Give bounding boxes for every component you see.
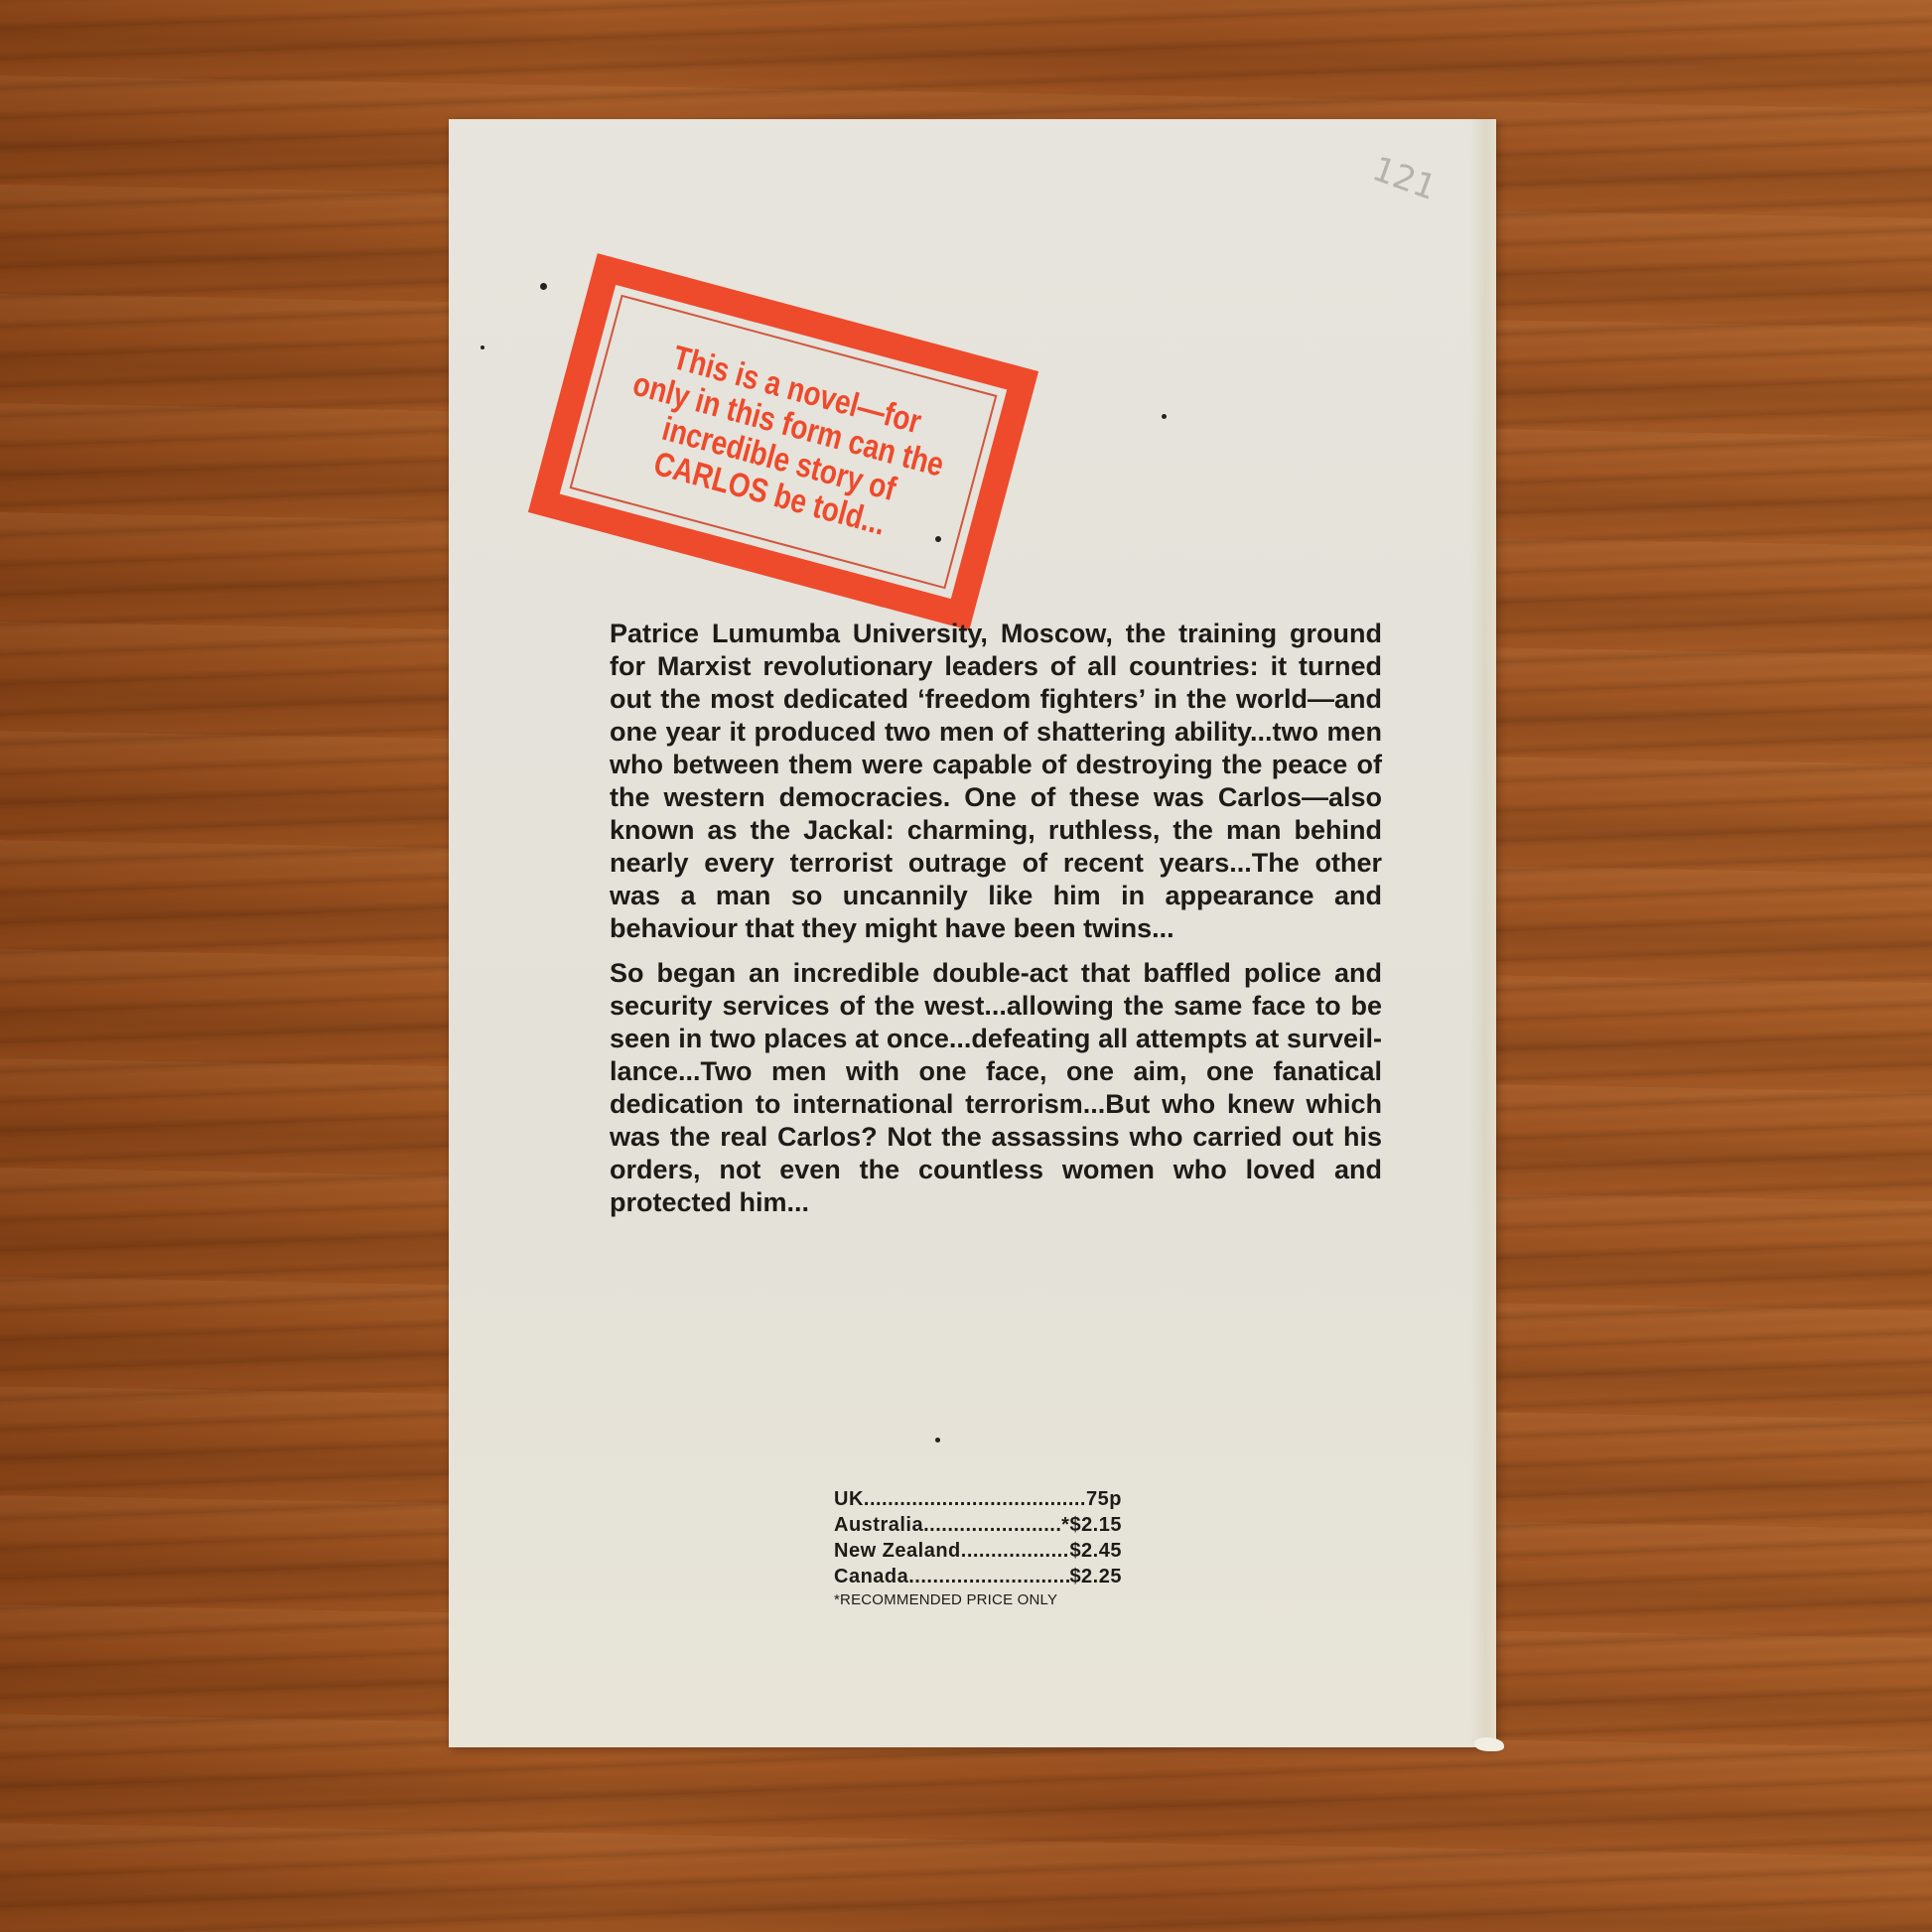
price-row-canada: Canada $2.25	[834, 1564, 1122, 1589]
price-amount: *$2.15	[1061, 1512, 1122, 1538]
price-country: UK	[834, 1486, 864, 1512]
dot-leader	[923, 1512, 1061, 1538]
price-row-australia: Australia *$2.15	[834, 1512, 1122, 1538]
blurb-paragraph: So began an incredible double-act that b…	[610, 957, 1382, 1219]
ink-speck	[540, 283, 547, 290]
dot-leader	[908, 1564, 1069, 1589]
paperback-back-cover: 121 This is a novel—for only in this for…	[449, 119, 1496, 1747]
ink-speck	[1162, 414, 1167, 419]
pencil-mark: 121	[1367, 149, 1442, 208]
dot-leader	[864, 1486, 1086, 1512]
price-footnote: *RECOMMENDED PRICE ONLY	[834, 1590, 1122, 1610]
spine-edge	[1470, 119, 1496, 1747]
red-stamp-tagline: This is a novel—for only in this form ca…	[528, 253, 1038, 630]
price-amount: $2.25	[1069, 1564, 1122, 1589]
torn-corner	[1474, 1737, 1504, 1751]
price-country: Canada	[834, 1564, 908, 1589]
price-amount: 75p	[1086, 1486, 1122, 1512]
price-country: Australia	[834, 1512, 923, 1538]
ink-speck	[481, 345, 484, 349]
price-country: New Zealand	[834, 1538, 961, 1564]
price-row-new-zealand: New Zealand $2.45	[834, 1538, 1122, 1564]
blurb-text: Patrice Lumumba University, Moscow, the …	[610, 618, 1382, 1231]
ink-speck	[935, 1438, 940, 1443]
stamp-inner-frame: This is a novel—for only in this form ca…	[570, 295, 998, 590]
dot-leader	[961, 1538, 1070, 1564]
price-row-uk: UK 75p	[834, 1486, 1122, 1512]
price-amount: $2.45	[1069, 1538, 1122, 1564]
price-list: UK 75p Australia *$2.15 New Zealand $2.4…	[834, 1486, 1122, 1610]
blurb-paragraph: Patrice Lumumba University, Moscow, the …	[610, 618, 1382, 945]
